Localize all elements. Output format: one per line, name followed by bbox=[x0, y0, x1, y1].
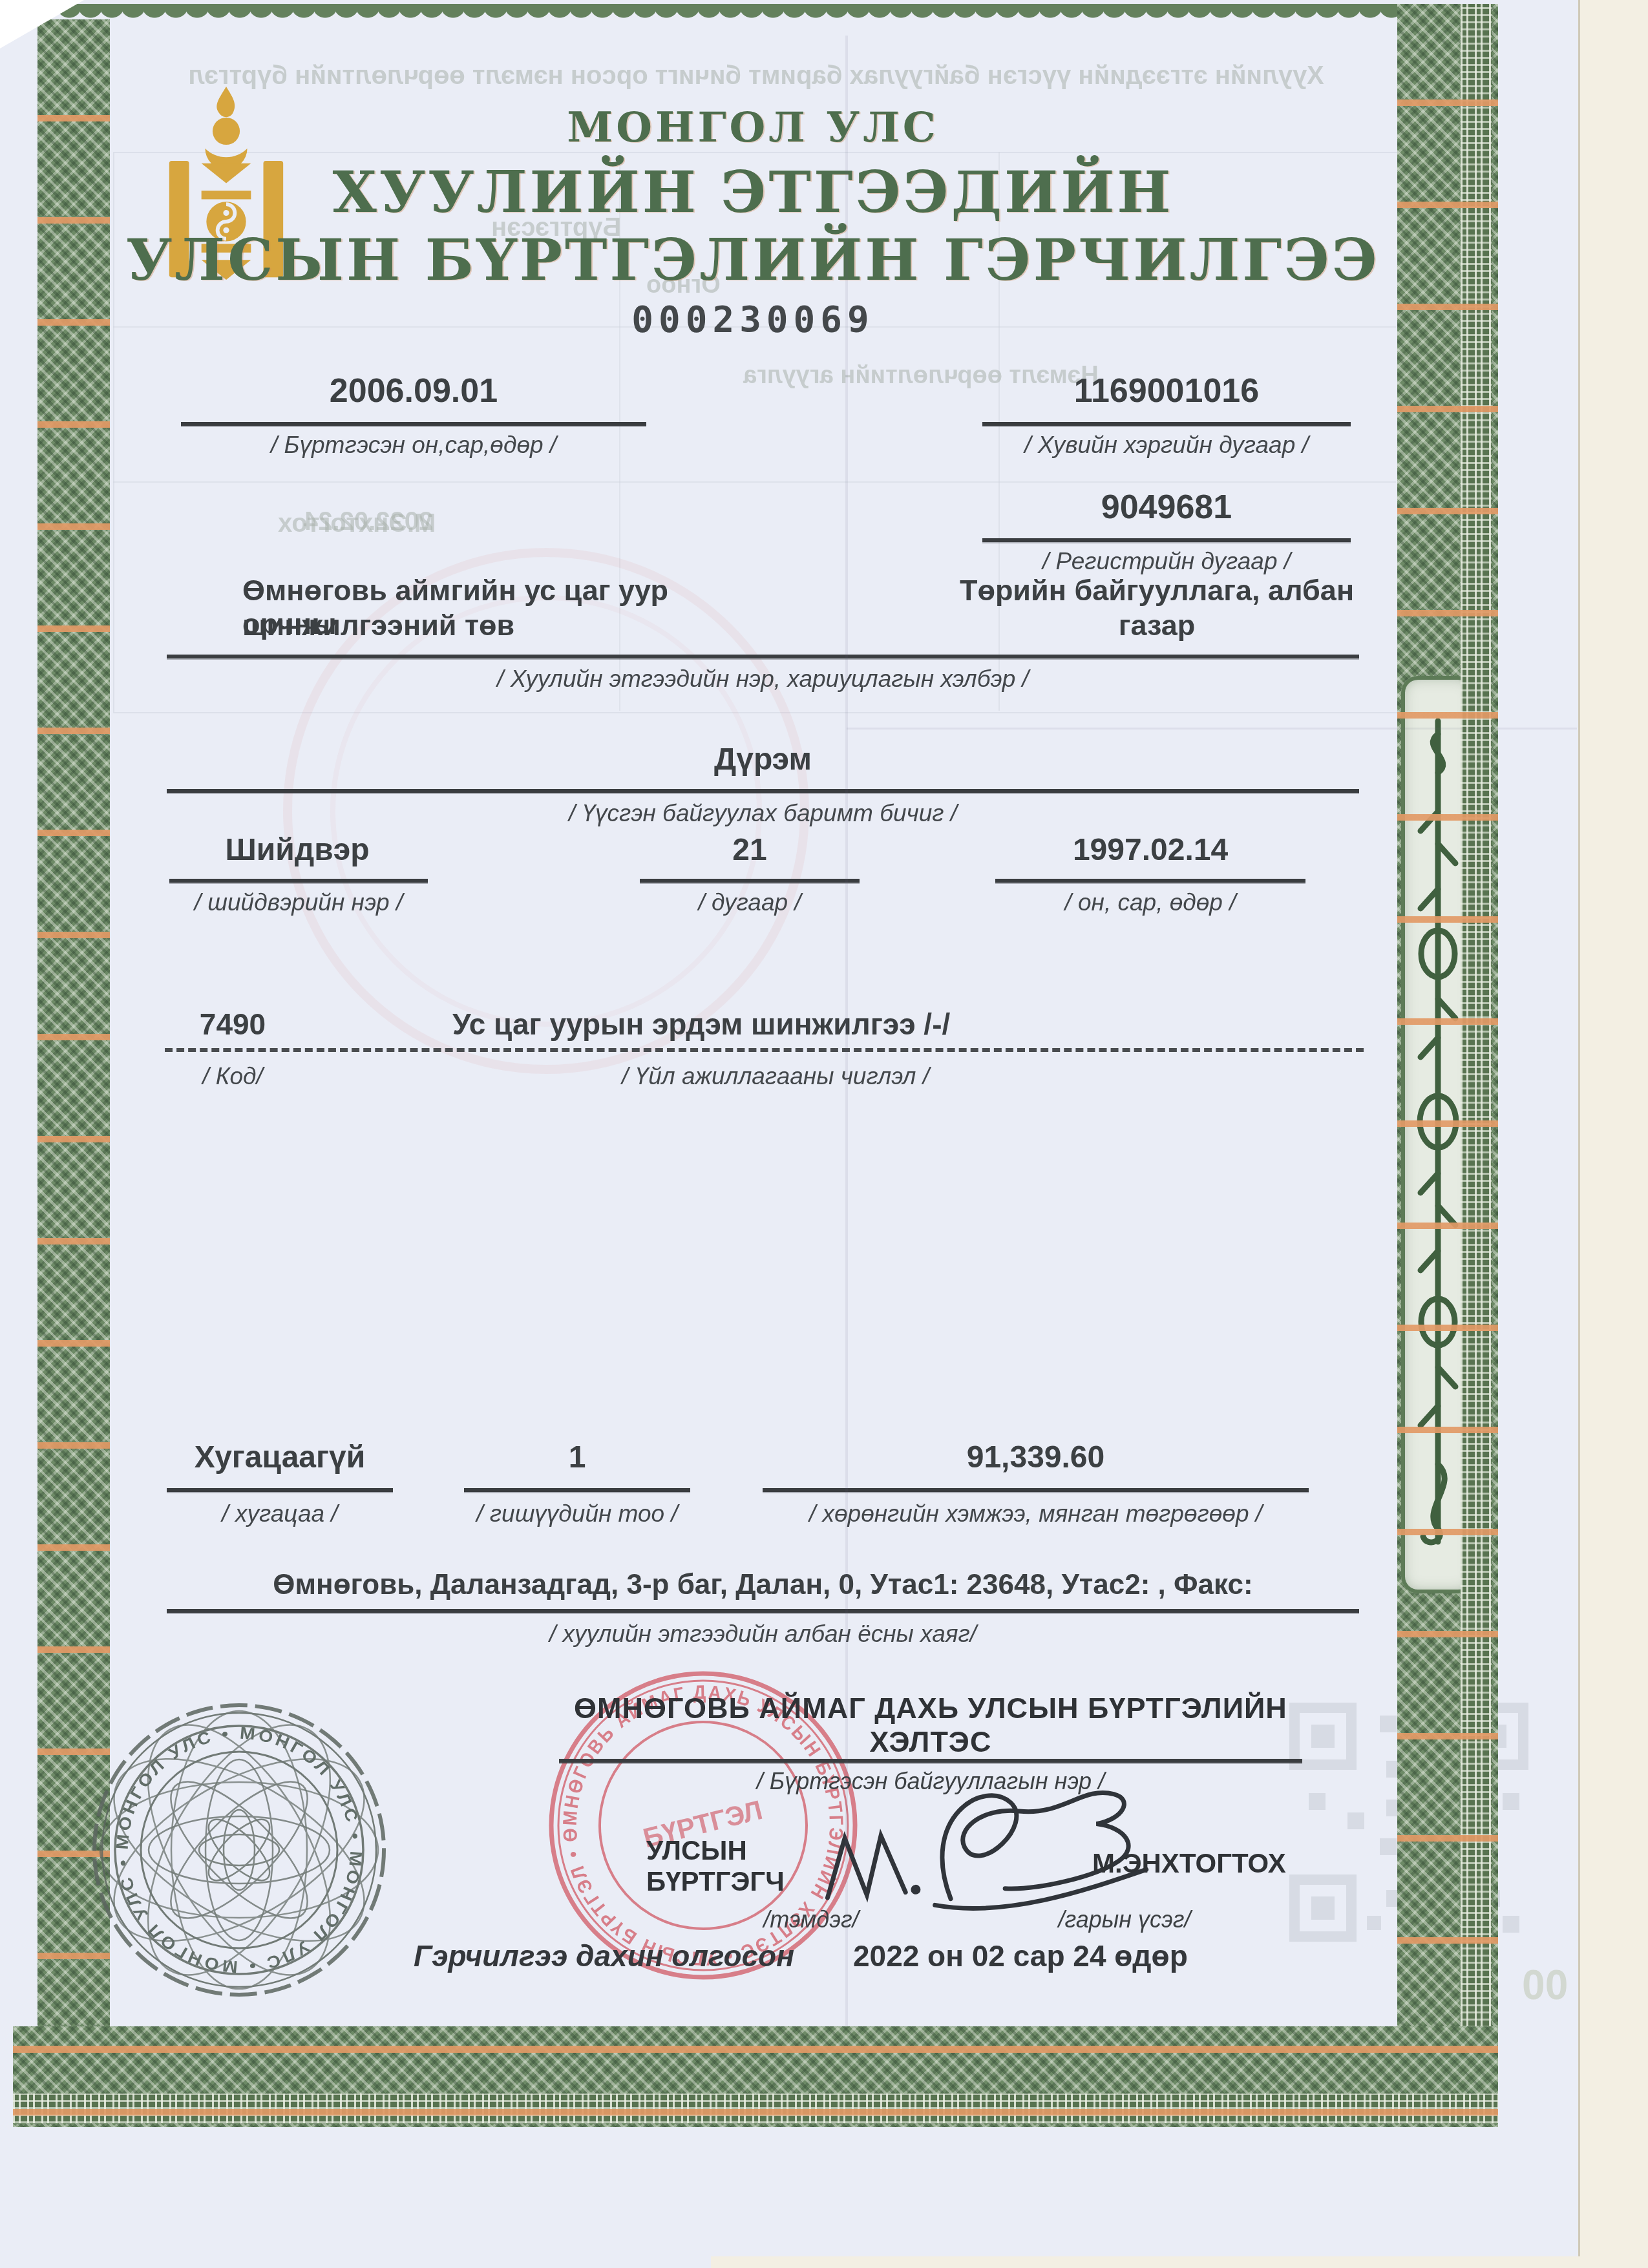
border-right-band bbox=[1397, 4, 1498, 2127]
registered-date-label: / Бүртгэсэн он,сар,өдөр / bbox=[181, 432, 646, 459]
case-number-value: 1169001016 bbox=[982, 372, 1351, 410]
reissue-date: 2022 он 02 сар 24 өдөр bbox=[853, 1938, 1254, 1973]
decision-name-rule bbox=[169, 879, 428, 883]
case-number-label: / Хувийн хэргийн дугаар / bbox=[982, 432, 1351, 459]
entity-label: / Хуулийн этгээдийн нэр, хариуцлагын хэл… bbox=[167, 666, 1359, 693]
founding-doc-label: / Үүсгэн байгуулах баримт бичиг / bbox=[167, 800, 1359, 827]
border-bottom-stripe-2 bbox=[13, 2109, 1498, 2116]
svg-text:МОНГОЛ УЛС • МОНГОЛ УЛС • МОНГ: МОНГОЛ УЛС • МОНГОЛ УЛС • МОНГОЛ УЛС • М… bbox=[112, 1723, 366, 1977]
registered-date-rule bbox=[181, 422, 646, 426]
members-value: 1 bbox=[464, 1440, 690, 1475]
capital-rule bbox=[763, 1488, 1309, 1492]
scan-edge-right bbox=[1578, 0, 1648, 2268]
capital-label: / хөрөнгийн хэмжээ, мянган төгрөгөөр / bbox=[763, 1500, 1309, 1528]
registrar-signature bbox=[808, 1767, 1157, 1916]
border-bottom-stripe-1 bbox=[13, 2046, 1498, 2053]
certificate-title-line1: ХУУЛИЙН ЭТГЭЭДИЙН bbox=[110, 158, 1396, 226]
certificate-page: Хуулийн этгээдийн үүсгэн байгуулах барим… bbox=[0, 0, 1648, 2268]
decision-number-label: / дугаар / bbox=[640, 889, 860, 916]
activity-code-label: / Код/ bbox=[165, 1063, 301, 1090]
registrar-name: М.ЭНХТОГТОХ bbox=[1092, 1848, 1351, 1879]
activity-rule bbox=[165, 1048, 1364, 1052]
members-label: / гишүүдийн тоо / bbox=[464, 1500, 690, 1528]
address-rule bbox=[167, 1609, 1359, 1613]
office-name-line1: ӨМНӨГОВЬ АЙМАГ ДАХЬ УЛСЫН БҮРТГЭЛИЙН bbox=[559, 1692, 1302, 1725]
certificate-serial-number: 000230069 bbox=[110, 299, 1396, 341]
border-top-band bbox=[37, 4, 1400, 32]
entity-type-line1: Төрийн байгууллага, албан bbox=[956, 574, 1357, 607]
entity-type-line2: газар bbox=[956, 609, 1357, 642]
entity-rule bbox=[167, 655, 1359, 658]
decision-name-value: Шийдвэр bbox=[174, 832, 420, 868]
office-name-line2: ХЭЛТЭС bbox=[559, 1725, 1302, 1759]
border-bottom-band bbox=[13, 2026, 1498, 2127]
ghost-table-hline-2 bbox=[113, 481, 1396, 483]
vertical-fold-crease bbox=[845, 36, 848, 2026]
decision-date-rule bbox=[995, 879, 1305, 883]
founding-doc-rule bbox=[167, 789, 1359, 793]
activity-code-value: 7490 bbox=[174, 1007, 291, 1042]
registry-number-value: 9049681 bbox=[982, 488, 1351, 527]
border-bottom-meander bbox=[13, 2094, 1498, 2123]
address-value: Өмнөговь, Даланзадгад, 3-р баг, Далан, 0… bbox=[167, 1569, 1359, 1601]
ghost-back-title: Хуулийн этгээдийн үүсгэн байгуулах барим… bbox=[110, 61, 1402, 90]
case-number-rule bbox=[982, 422, 1351, 426]
border-right-stripes bbox=[1397, 4, 1498, 2127]
ghost-serial-fragment: 00 bbox=[1522, 1961, 1568, 2009]
entity-name-line2: шинжилгээний төв bbox=[242, 609, 759, 642]
guilloche-rosette-seal: МОНГОЛ УЛС • МОНГОЛ УЛС • МОНГОЛ УЛС • М… bbox=[87, 1698, 391, 2002]
duration-rule bbox=[167, 1488, 393, 1492]
duration-label: / хугацаа / bbox=[167, 1500, 393, 1528]
ghost-row-name: М.Энхтогтох bbox=[278, 509, 436, 538]
reissue-label: Гэрчилгээ дахин олгосон bbox=[414, 1938, 814, 1973]
certificate-title-line2: УЛСЫН БҮРТГЭЛИЙН ГЭРЧИЛГЭЭ bbox=[110, 226, 1396, 293]
decision-number-value: 21 bbox=[640, 832, 860, 868]
duration-value: Хугацаагүй bbox=[167, 1440, 393, 1475]
members-rule bbox=[464, 1488, 690, 1492]
horizontal-crease bbox=[847, 728, 1577, 730]
decision-date-label: / он, сар, өдөр / bbox=[995, 889, 1305, 916]
stamp-caption: /тэмдэг/ bbox=[746, 1906, 876, 1933]
decision-number-rule bbox=[640, 879, 860, 883]
capital-value: 91,339.60 bbox=[763, 1440, 1309, 1475]
scan-edge-bottom bbox=[711, 2256, 1648, 2268]
activity-direction-value: Ус цаг уурын эрдэм шинжилгээ /-/ bbox=[452, 1007, 1228, 1042]
registry-number-label: / Регистрийн дугаар / bbox=[982, 548, 1351, 575]
registry-number-rule bbox=[982, 538, 1351, 542]
founding-doc-value: Дүрэм bbox=[167, 742, 1359, 777]
decision-date-value: 1997.02.14 bbox=[995, 832, 1305, 868]
registered-date-value: 2006.09.01 bbox=[242, 372, 585, 410]
activity-direction-label: / Үйл ажиллагааны чиглэл / bbox=[452, 1063, 1099, 1090]
decision-name-label: / шийдвэрийн нэр / bbox=[169, 889, 428, 916]
country-title: МОНГОЛ УЛС bbox=[110, 103, 1396, 152]
office-rule bbox=[559, 1759, 1302, 1763]
signature-caption: /гарын үсэг/ bbox=[1034, 1906, 1215, 1933]
